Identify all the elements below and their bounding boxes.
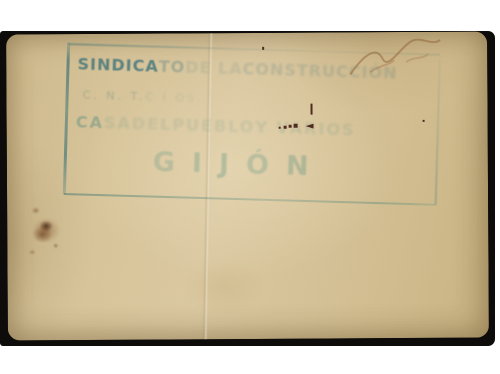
stamp-text-segment: G <box>152 147 192 179</box>
ink-speck <box>423 120 425 122</box>
stamp-text-line3: CASA DEL PUEBLO Y VARIOS <box>76 112 356 139</box>
ink-speck <box>279 127 281 129</box>
stamp-text-segment: I <box>191 148 219 180</box>
stamp-text-segment: N <box>285 150 325 182</box>
stamp-text-line4: GIJÓN <box>152 147 326 183</box>
stamp-text-segment: DEL <box>132 114 173 134</box>
stamp-text-segment: SINDICA <box>77 54 159 75</box>
ink-speck <box>289 125 292 128</box>
ink-speck <box>284 126 287 129</box>
stamp-text-line2: C. N. T. C I O S. <box>82 89 203 105</box>
stamp-text-segment: C I O <box>145 90 187 104</box>
ink-speck <box>262 47 264 50</box>
paper-note: SINDICATO DE LA CONSTRUCCIÓN C. N. T. C … <box>6 32 489 341</box>
stamp-text-segment: CA <box>76 112 105 132</box>
brown-scribble-mark <box>336 32 448 85</box>
ink-speck <box>310 104 312 115</box>
black-backdrop: SINDICATO DE LA CONSTRUCCIÓN C. N. T. C … <box>0 31 495 346</box>
stamp-text-segment: Ó <box>246 149 287 181</box>
ink-speck <box>294 124 298 128</box>
stamp-text-segment: TO <box>158 57 185 77</box>
ink-blot-stain <box>25 204 63 256</box>
stamp-text-segment: S. <box>187 92 204 105</box>
stamp-border-bottom <box>64 193 436 206</box>
stamp-text-segment: C. N. T. <box>82 89 145 104</box>
photo-background: SINDICATO DE LA CONSTRUCCIÓN C. N. T. C … <box>0 0 500 374</box>
stamp-border-left <box>63 42 70 194</box>
stamp-text-segment: SA <box>104 113 132 133</box>
stamp-text-segment: PUEBLO <box>172 115 256 136</box>
stamp-text-segment: J <box>219 148 247 180</box>
stamp-text-segment: Y VARIOS <box>255 118 356 140</box>
stamp-text-segment: DE LA <box>185 57 243 78</box>
